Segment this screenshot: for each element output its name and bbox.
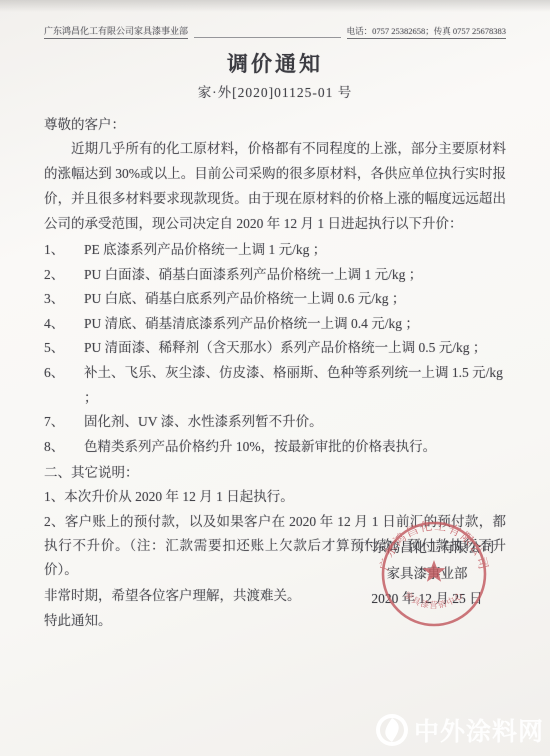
list-item: 2、 PU 白面漆、硝基白面漆系列产品价格统一上调 1 元/kg ； (44, 263, 506, 288)
price-adjustment-list: 1、 PE 底漆系列产品价格统一上调 1 元/kg ； 2、 PU 白面漆、硝基… (44, 238, 506, 459)
item-text: PU 清底、硝基清底漆系列产品价格统一上调 0.4 元/kg ； (84, 312, 506, 337)
watermark-text: 中外涂料网 (414, 712, 544, 748)
list-item: 8、 色精类系列产品价格约升 10%，按最新审批的价格表执行。 (44, 435, 506, 460)
item-number: 6、 (44, 361, 84, 410)
note-number: 2、 (44, 514, 65, 529)
item-text: 补土、飞乐、灰尘漆、仿皮漆、格丽斯、色种等系列统一上调 1.5 元/kg ； (84, 361, 506, 410)
list-item: 4、 PU 清底、硝基清底漆系列产品价格统一上调 0.4 元/kg ； (44, 312, 506, 337)
item-text: PU 清面漆、稀释剂（含天那水）系列产品价格统一上调 0.5 元/kg ； (84, 336, 506, 361)
item-text: PE 底漆系列产品价格统一上调 1 元/kg ； (84, 238, 506, 263)
doc-number: 家·外[2020]01125-01 号 (44, 81, 506, 101)
salutation: 尊敬的客户： (44, 113, 506, 133)
signature-company: 广东鸿昌化工有限公司 (332, 535, 522, 561)
item-number: 5、 (44, 336, 84, 361)
item-number: 8、 (44, 435, 84, 460)
item-text: PU 白底、硝基白底系列产品价格统一上调 0.6 元/kg ； (84, 287, 506, 312)
signature-department: 家具漆事业部 (332, 561, 522, 587)
letterhead: 广东鸿昌化工有限公司家具漆事业部 电话：0757 25382658；传真 075… (44, 24, 506, 39)
list-item: 7、 固化剂、UV 漆、水性漆系列暂不升价。 (44, 410, 506, 435)
item-text: 色精类系列产品价格约升 10%，按最新审批的价格表执行。 (84, 435, 506, 460)
scanned-notice-page: 广东鸿昌化工有限公司家具漆事业部 电话：0757 25382658；传真 075… (0, 0, 550, 756)
watermark-swirl-logo-icon (375, 713, 409, 747)
item-number: 4、 (44, 312, 84, 337)
page-title: 调价通知 (44, 48, 506, 78)
letterhead-contact: 电话：0757 25382658；传真 0757 25678383 (347, 25, 506, 39)
signature-date: 2020 年 12 月 25 日 (332, 586, 522, 612)
list-item: 1、 PE 底漆系列产品价格统一上调 1 元/kg ； (44, 238, 506, 263)
item-text: 固化剂、UV 漆、水性漆系列暂不升价。 (84, 410, 506, 435)
list-item: 5、 PU 清面漆、稀释剂（含天那水）系列产品价格统一上调 0.5 元/kg ； (44, 336, 506, 361)
item-number: 3、 (44, 287, 84, 312)
note-text: 本次升价从 2020 年 12 月 1 日起执行。 (64, 489, 294, 504)
item-number: 7、 (44, 410, 84, 435)
list-item: 3、 PU 白底、硝基白底系列产品价格统一上调 0.6 元/kg ； (44, 287, 506, 312)
list-item: 6、 补土、飞乐、灰尘漆、仿皮漆、格丽斯、色种等系列统一上调 1.5 元/kg … (44, 361, 506, 410)
letterhead-rule (194, 37, 341, 38)
document-body: 广东鸿昌化工有限公司家具漆事业部 电话：0757 25382658；传真 075… (0, 0, 550, 756)
signature-block: 广东鸿昌化工有限公司 家具漆事业部 2020 年 12 月 25 日 (332, 535, 522, 612)
note-item: 1、本次升价从 2020 年 12 月 1 日起执行。 (44, 485, 506, 509)
note-number: 1、 (44, 489, 64, 504)
section2-heading: 二、其它说明： (44, 460, 506, 485)
letterhead-company: 广东鸿昌化工有限公司家具漆事业部 (44, 24, 188, 39)
item-number: 1、 (44, 238, 84, 263)
watermark: 中外涂料网 (375, 712, 544, 748)
item-number: 2、 (44, 263, 84, 288)
intro-paragraph: 近期几乎所有的化工原材料，价格都有不同程度的上涨，部分主要原材料的涨幅达到 30… (44, 136, 506, 236)
item-text: PU 白面漆、硝基白面漆系列产品价格统一上调 1 元/kg ； (84, 263, 506, 288)
